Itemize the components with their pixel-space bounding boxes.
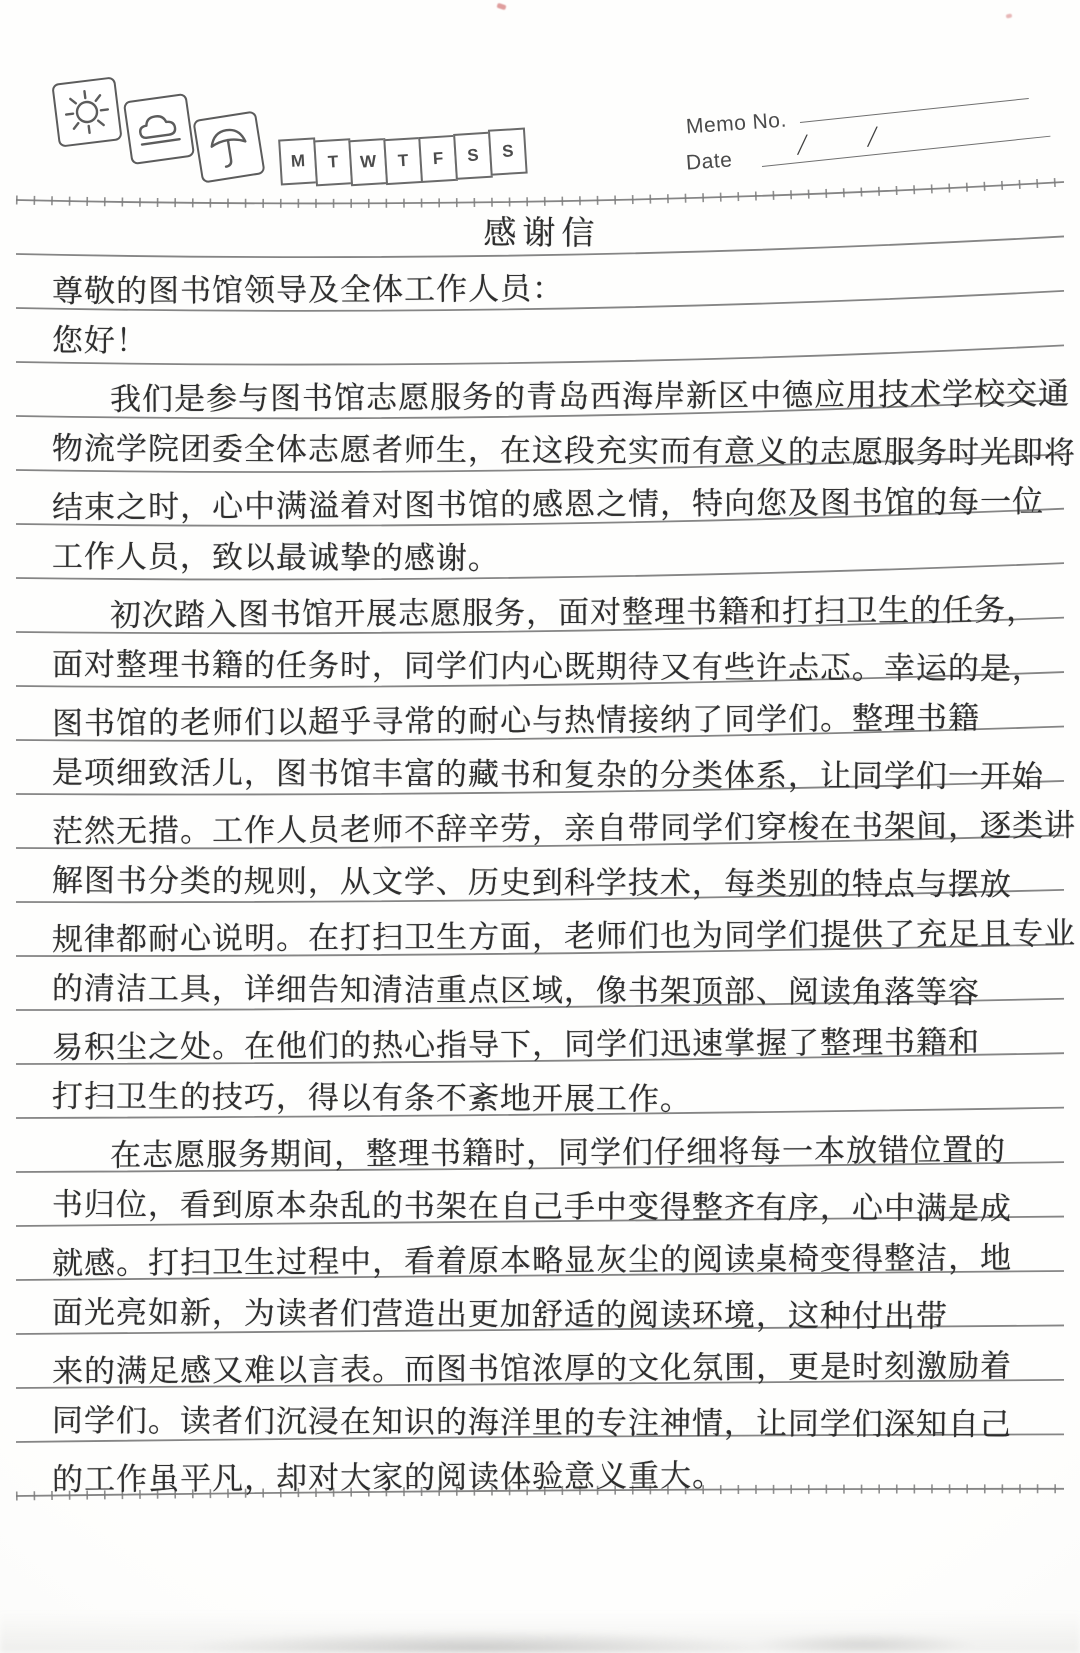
letter-line: 图书馆的老师们以超乎寻常的耐心与热情接纳了同学们。整理书籍 bbox=[52, 685, 1032, 743]
letter-line: 来的满足感又难以言表。而图书馆浓厚的文化氛围，更是时刻激励着 bbox=[52, 1333, 1032, 1391]
letter-line: 书归位，看到原本杂乱的书架在自己手中变得整齐有序，心中满是成 bbox=[52, 1172, 1032, 1228]
letter-title: 感谢信 bbox=[52, 200, 1032, 256]
letter-line: 的工作虽平凡，却对大家的阅读体验意义重大。 bbox=[52, 1441, 1032, 1499]
letter-line: 结束之时，心中满溢着对图书馆的感恩之情，特向您及图书馆的每一位 bbox=[52, 469, 1032, 527]
letter-line: 同学们。读者们沉浸在知识的海洋里的专注神情，让同学们深知自己 bbox=[52, 1388, 1032, 1444]
letter-line: 打扫卫生的技巧，得以有条不紊地开展工作。 bbox=[52, 1064, 1032, 1120]
photo-bottom-shadow bbox=[0, 1611, 1080, 1653]
letter-line: 是项细致活儿，图书馆丰富的藏书和复杂的分类体系，让同学们一开始 bbox=[52, 740, 1032, 796]
letter-line: 工作人员，致以最诚挚的感谢。 bbox=[52, 524, 1032, 580]
letter-line: 在志愿服务期间，整理书籍时，同学们仔细将每一本放错位置的 bbox=[52, 1117, 1080, 1175]
letter-line: 我们是参与图书馆志愿服务的青岛西海岸新区中德应用技术学校交通 bbox=[52, 361, 1080, 419]
letter-line: 易积尘之处。在他们的热心指导下，同学们迅速掌握了整理书籍和 bbox=[52, 1009, 1032, 1067]
letter-line: 您好！ bbox=[52, 308, 1032, 364]
letter-line: 的清洁工具，详细告知清洁重点区域，像书架顶部、阅读角落等容 bbox=[52, 956, 1032, 1012]
letter-line: 尊敬的图书馆领导及全体工作人员： bbox=[52, 253, 1032, 311]
memo-page: M T W T F S S Memo No. Date / / 感谢信 尊敬的图… bbox=[0, 0, 1080, 1653]
letter-line: 物流学院团委全体志愿者师生，在这段充实而有意义的志愿服务时光即将 bbox=[52, 416, 1032, 472]
letter-line: 解图书分类的规则，从文学、历史到科学技术，每类别的特点与摆放 bbox=[52, 848, 1032, 904]
letter-line: 规律都耐心说明。在打扫卫生方面，老师们也为同学们提供了充足且专业 bbox=[52, 901, 1032, 959]
letter-line: 面对整理书籍的任务时，同学们内心既期待又有些许忐忑。幸运的是， bbox=[52, 632, 1032, 688]
letter-line: 初次踏入图书馆开展志愿服务，面对整理书籍和打扫卫生的任务， bbox=[52, 577, 1080, 635]
letter-line: 茫然无措。工作人员老师不辞辛劳，亲自带同学们穿梭在书架间，逐类讲 bbox=[52, 793, 1032, 851]
letter-line: 面光亮如新，为读者们营造出更加舒适的阅读环境，这种付出带 bbox=[52, 1280, 1032, 1336]
letter-line: 就感。打扫卫生过程中，看着原本略显灰尘的阅读桌椅变得整洁，地 bbox=[52, 1225, 1032, 1283]
